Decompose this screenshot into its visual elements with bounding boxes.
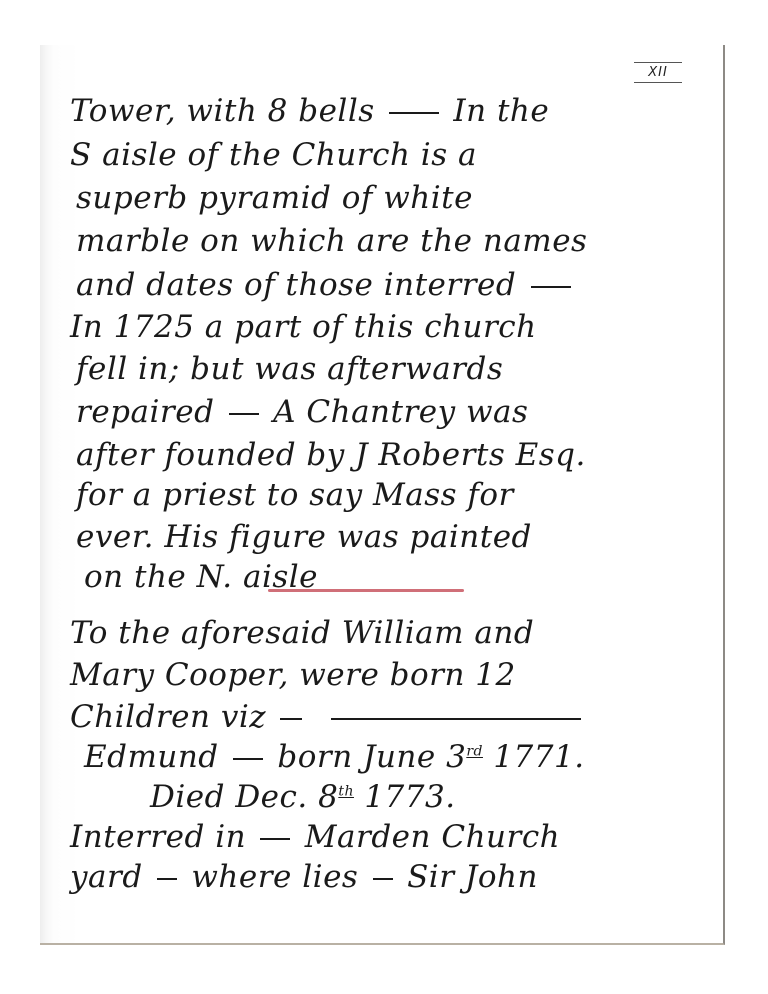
- line-text: 1771.: [483, 739, 585, 775]
- line-text: 1773.: [354, 779, 456, 815]
- dash: [229, 413, 259, 415]
- page-number-text: XII: [648, 65, 668, 80]
- line-text: A Chantrey was: [273, 394, 528, 430]
- superscript: rd: [466, 744, 483, 760]
- text-line: S aisle of the Church is a: [70, 137, 477, 173]
- line-text: and dates of those interred: [76, 267, 516, 303]
- page-number: XII: [638, 65, 678, 80]
- dash: [373, 878, 393, 880]
- text-line: Interred in Marden Church: [70, 819, 560, 855]
- line-text: where lies: [191, 859, 358, 895]
- text-line: repaired A Chantrey was: [76, 394, 528, 430]
- dash: [233, 758, 263, 760]
- line-text: for a priest to say Mass for: [76, 477, 514, 513]
- text-line: Died Dec. 8th 1773.: [150, 779, 456, 815]
- line-text: In 1725 a part of this church: [70, 309, 537, 345]
- line-text: S aisle of the Church is a: [70, 137, 477, 173]
- superscript: th: [338, 784, 354, 800]
- page-number-rule-bottom: [634, 82, 682, 83]
- line-text: In the: [453, 93, 549, 129]
- dash: [157, 878, 177, 880]
- line-text: born June 3: [277, 739, 466, 775]
- dash: [280, 718, 302, 720]
- dash: [260, 838, 290, 840]
- manuscript-page: XII Tower, with 8 bells In the S aisle o…: [40, 45, 725, 945]
- line-text: repaired: [76, 394, 214, 430]
- text-line: and dates of those interred: [76, 267, 575, 303]
- line-text: Died Dec.: [150, 779, 308, 815]
- line-text: Tower, with 8 bells: [70, 93, 375, 129]
- line-text: Marden Church: [305, 819, 560, 855]
- dash: [389, 112, 439, 114]
- text-line: To the aforesaid William and: [70, 615, 534, 651]
- section-divider: [268, 589, 464, 592]
- line-text: Children viz: [70, 699, 266, 735]
- line-text: ever. His figure was painted: [76, 519, 532, 555]
- text-line: Mary Cooper, were born 12: [70, 657, 516, 693]
- text-line: fell in; but was afterwards: [76, 351, 503, 387]
- line-text: after founded by J Roberts Esq.: [76, 437, 586, 473]
- line-text: Mary Cooper, were born 12: [70, 657, 516, 693]
- text-line: Tower, with 8 bells In the: [70, 93, 549, 129]
- line-text: To the aforesaid William and: [70, 615, 534, 651]
- line-text: Edmund: [84, 739, 219, 775]
- line-text: 8: [308, 779, 339, 815]
- line-text: superb pyramid of white: [76, 180, 473, 216]
- line-text: marble on which are the names: [76, 223, 587, 259]
- text-line: after founded by J Roberts Esq.: [76, 437, 586, 473]
- text-line: Children viz: [70, 699, 585, 735]
- text-line: Edmund born June 3rd 1771.: [84, 739, 585, 775]
- line-text: fell in; but was afterwards: [76, 351, 503, 387]
- text-line: ever. His figure was painted: [76, 519, 532, 555]
- text-line: for a priest to say Mass for: [76, 477, 514, 513]
- dash: [531, 286, 571, 288]
- dash: [331, 718, 581, 720]
- page-number-rule-top: [634, 62, 682, 63]
- text-line: In 1725 a part of this church: [70, 309, 537, 345]
- text-line: superb pyramid of white: [76, 180, 473, 216]
- text-line: marble on which are the names: [76, 223, 587, 259]
- line-text: Sir John: [407, 859, 538, 895]
- text-line: yard where lies Sir John: [70, 859, 538, 895]
- line-text: Interred in: [70, 819, 246, 855]
- line-text: yard: [70, 859, 143, 895]
